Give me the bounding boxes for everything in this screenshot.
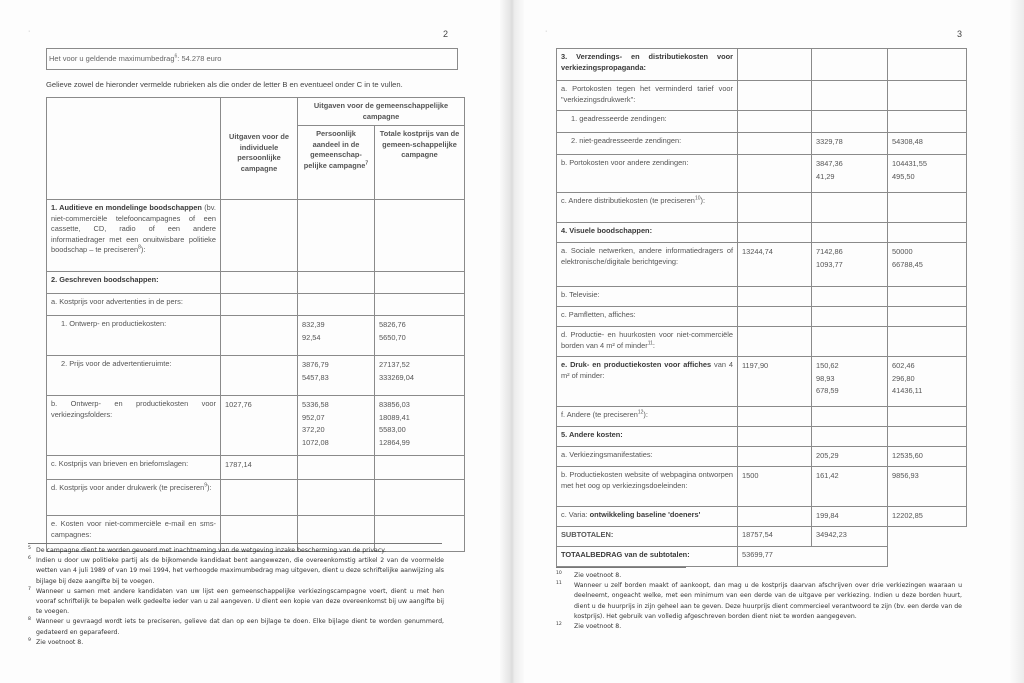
table-row: 5. Andere kosten:: [557, 427, 967, 447]
individual-campaign-cell: [738, 193, 812, 223]
individual-campaign-cell: [738, 327, 812, 357]
personal-share-cell: [812, 111, 888, 133]
individual-campaign-cell: 1027,76: [221, 396, 298, 456]
grand-total-label-text: van de subtotalen:: [622, 550, 689, 559]
total-cost-cell: [888, 111, 967, 133]
row-label-bold: 2. Geschreven boodschappen:: [51, 275, 159, 284]
row-label-bold: 1. Auditieve en mondelinge boodschappen: [51, 203, 202, 212]
amount-value: 602,46: [892, 360, 962, 373]
row-label-text: d. Kostprijs voor ander drukwerk (te pre…: [51, 483, 204, 492]
personal-share-cell: 150,6298,93678,59: [812, 357, 888, 407]
footnote: 5De campagne dient te worden gevoerd met…: [28, 546, 444, 556]
individual-campaign-cell: 1197,90: [738, 357, 812, 407]
table-row: a. Portokosten tegen het verminderd tari…: [557, 81, 967, 111]
row-label-cell: c. Kostprijs van brieven en briefomslage…: [47, 456, 221, 480]
personal-share-cell: [812, 327, 888, 357]
table-row: b. Portokosten voor andere zendingen:384…: [557, 155, 967, 193]
subtotal-share: 34942,23: [812, 527, 888, 547]
amount-value: 678,59: [816, 385, 883, 398]
max-amount-label: Het voor u geldende maximumbedrag: [49, 54, 175, 63]
footnote-text: Zie voetnoot 8.: [36, 639, 83, 646]
row-label-text: e. Kosten voor niet-commerciële e-mail e…: [51, 519, 216, 539]
table-row: a. Verkiezingsmanifestaties:205,2912535,…: [557, 447, 967, 467]
total-cost-cell: [375, 294, 465, 316]
personal-share-cell: [812, 287, 888, 307]
amount-value: 3329,78: [816, 136, 883, 149]
total-cost-cell: [888, 223, 967, 243]
individual-campaign-cell: [221, 200, 298, 272]
header-joint-campaign: Uitgaven voor de gemeenschappelijke camp…: [298, 98, 465, 126]
amount-value: 199,84: [816, 510, 883, 523]
footnote-text: Wanneer u samen met andere kandidaten va…: [36, 588, 444, 615]
total-cost-cell: 83856,0318089,415583,0012864,99: [375, 396, 465, 456]
row-label-cell: 3. Verzendings- en distributiekosten voo…: [557, 49, 738, 81]
header-total-cost: Totale kostprijs van de gemeen-schappeli…: [375, 126, 465, 200]
row-label-text: c. Varia:: [561, 510, 590, 519]
page-edge-shadow: [1010, 0, 1024, 683]
blank-cell: [888, 527, 967, 547]
individual-campaign-cell: [738, 407, 812, 427]
row-label-text: b. Portokosten voor andere zendingen:: [561, 158, 688, 167]
table-row: d. Productie- en huurkosten voor niet-co…: [557, 327, 967, 357]
personal-share-cell: [298, 200, 375, 272]
individual-campaign-cell: [221, 356, 298, 396]
footnote-text: Wanneer u zelf borden maakt of aankoopt,…: [574, 582, 962, 620]
page-number: 3: [957, 29, 962, 39]
grand-total-value: 53699,77: [738, 547, 888, 567]
table-row: 4. Visuele boodschappen:: [557, 223, 967, 243]
row-label-cell: b. Ontwerp- en productiekosten voor verk…: [47, 396, 221, 456]
table-row: d. Kostprijs voor ander drukwerk (te pre…: [47, 480, 465, 516]
total-cost-cell: [888, 193, 967, 223]
individual-campaign-cell: [221, 480, 298, 516]
footnote: 8Wanneer u gevraagd wordt iets te precis…: [28, 617, 444, 637]
amount-value: 83856,03: [379, 399, 460, 412]
amount-value: 104431,55: [892, 158, 962, 171]
individual-campaign-cell: 1787,14: [221, 456, 298, 480]
personal-share-cell: [298, 294, 375, 316]
table-row: c. Andere distributiekosten (te preciser…: [557, 193, 967, 223]
individual-campaign-cell: [738, 133, 812, 155]
individual-campaign-cell: [738, 49, 812, 81]
individual-campaign-cell: [738, 447, 812, 467]
personal-share-cell: 3329,78: [812, 133, 888, 155]
footnote-separator: [556, 567, 686, 568]
footnote-text: Wanneer u gevraagd wordt iets te precise…: [36, 618, 444, 635]
amount-value: 66788,45: [892, 259, 962, 272]
book-gutter: [500, 0, 524, 683]
row-label-bold: 3. Verzendings- en distributiekosten voo…: [561, 52, 733, 72]
footnote: 9Zie voetnoot 8.: [28, 638, 444, 648]
table-row: a. Kostprijs voor advertenties in de per…: [47, 294, 465, 316]
instructions-text: Gelieve zowel de hieronder vermelde rubr…: [46, 80, 403, 89]
total-cost-cell: [888, 49, 967, 81]
footnotes-right: 10Zie voetnoot 8.11Wanneer u zelf borden…: [556, 571, 962, 632]
table-row: 1. Ontwerp- en productiekosten:832,3992,…: [47, 316, 465, 356]
personal-share-cell: 205,29: [812, 447, 888, 467]
amount-value: 9856,93: [892, 470, 962, 483]
row-label-text: a. Portokosten tegen het verminderd tari…: [561, 84, 733, 104]
total-cost-cell: 9856,93: [888, 467, 967, 507]
table-row: e. Druk- en productiekosten voor affiche…: [557, 357, 967, 407]
footnote: 11Wanneer u zelf borden maakt of aankoop…: [556, 581, 962, 622]
amount-value: 5826,76: [379, 319, 460, 332]
footnote-separator: [28, 543, 442, 544]
row-label-cell: c. Pamfletten, affiches:: [557, 307, 738, 327]
amount-value: 12864,99: [379, 437, 460, 450]
amount-value: 54308,48: [892, 136, 962, 149]
header-empty-cell: [47, 98, 221, 200]
row-label-text: b. Televisie:: [561, 290, 599, 299]
amount-value: 296,80: [892, 373, 962, 386]
row-label-cell: 2. Geschreven boodschappen:: [47, 272, 221, 294]
row-label-text: b. Productiekosten website of webpagina …: [561, 470, 733, 490]
row-label-cell: b. Televisie:: [557, 287, 738, 307]
table-row: b. Televisie:: [557, 287, 967, 307]
footnote-text: Indien u door uw politieke partij als de…: [36, 557, 444, 584]
individual-campaign-cell: [738, 111, 812, 133]
personal-share-cell: [298, 272, 375, 294]
row-label-text: f. Andere (te preciseren: [561, 410, 638, 419]
row-label-end: :: [653, 341, 655, 350]
row-label-text: a. Sociale netwerken, andere informatied…: [561, 246, 733, 266]
row-label-cell: d. Kostprijs voor ander drukwerk (te pre…: [47, 480, 221, 516]
personal-share-cell: [812, 307, 888, 327]
row-label-cell: 5. Andere kosten:: [557, 427, 738, 447]
max-amount-box: Het voor u geldende maximumbedrag6: 54.2…: [46, 48, 458, 70]
table-row: f. Andere (te preciseren12):: [557, 407, 967, 427]
row-label-cell: b. Productiekosten website of webpagina …: [557, 467, 738, 507]
row-label-bold: ontwikkeling baseline 'doeners': [590, 510, 701, 519]
individual-campaign-cell: 13244,74: [738, 243, 812, 287]
row-label-cell: 1. Auditieve en mondelinge boodschappen …: [47, 200, 221, 272]
personal-share-cell: [812, 427, 888, 447]
amount-value: 98,93: [816, 373, 883, 386]
row-label-end: ):: [701, 196, 706, 205]
amount-value: 27137,52: [379, 359, 460, 372]
subtotal-individual: 18757,54: [738, 527, 812, 547]
amount-value: 1093,77: [816, 259, 883, 272]
amount-value: 18089,41: [379, 412, 460, 425]
individual-campaign-cell: 1500: [738, 467, 812, 507]
row-label-bold: 5. Andere kosten:: [561, 430, 623, 439]
amount-value: 150,62: [816, 360, 883, 373]
table-row: 2. niet-geadresseerde zendingen:3329,785…: [557, 133, 967, 155]
individual-campaign-cell: [221, 316, 298, 356]
amount-value: 5336,58: [302, 399, 370, 412]
table-row: c. Kostprijs van brieven en briefomslage…: [47, 456, 465, 480]
individual-campaign-cell: [738, 427, 812, 447]
total-cost-cell: 27137,52333269,04: [375, 356, 465, 396]
individual-campaign-cell: [738, 155, 812, 193]
personal-share-cell: [298, 456, 375, 480]
personal-share-cell: 832,3992,54: [298, 316, 375, 356]
amount-value: 12535,60: [892, 450, 962, 463]
table-row: a. Sociale netwerken, andere informatied…: [557, 243, 967, 287]
total-cost-cell: [375, 200, 465, 272]
footnote-ref: 7: [365, 160, 368, 166]
individual-campaign-cell: [738, 223, 812, 243]
grand-total-row: TOTAALBEDRAG van de subtotalen:53699,77: [557, 547, 967, 567]
footnote-text: Zie voetnoot 8.: [574, 572, 621, 579]
amount-value: 1027,76: [225, 399, 293, 412]
grand-total-label: TOTAALBEDRAG van de subtotalen:: [557, 547, 738, 567]
row-label-bold: e. Druk- en productiekosten voor affiche…: [561, 360, 711, 369]
header-individual-campaign: Uitgaven voor de individuele persoonlijk…: [221, 98, 298, 200]
total-cost-cell: 602,46296,8041436,11: [888, 357, 967, 407]
total-cost-cell: 104431,55495,50: [888, 155, 967, 193]
table-row: b. Productiekosten website of webpagina …: [557, 467, 967, 507]
footnote: 6Indien u door uw politieke partij als d…: [28, 556, 444, 587]
footnote-text: Zie voetnoot 8.: [574, 623, 621, 630]
header-personal-share: Persoonlijk aandeel in de gemeenschap-pe…: [298, 126, 375, 200]
page-number: 2: [443, 29, 448, 39]
personal-share-cell: 7142,861093,77: [812, 243, 888, 287]
row-label-text: c. Pamfletten, affiches:: [561, 310, 636, 319]
amount-value: 3847,36: [816, 158, 883, 171]
row-label-cell: 2. Prijs voor de advertentieruimte:: [47, 356, 221, 396]
row-label-text: b. Ontwerp- en productiekosten voor verk…: [51, 399, 216, 419]
amount-value: 5583,00: [379, 424, 460, 437]
row-label-cell: c. Andere distributiekosten (te preciser…: [557, 193, 738, 223]
personal-share-cell: [812, 193, 888, 223]
amount-value: 12202,85: [892, 510, 962, 523]
individual-campaign-cell: [221, 272, 298, 294]
row-label-cell: 1. Ontwerp- en productiekosten:: [47, 316, 221, 356]
row-label-text: 1. Ontwerp- en productiekosten:: [61, 319, 166, 328]
row-label-cell: a. Sociale netwerken, andere informatied…: [557, 243, 738, 287]
amount-value: 372,20: [302, 424, 370, 437]
personal-share-cell: [812, 407, 888, 427]
amount-value: 1197,90: [742, 360, 807, 373]
expense-table-right: 3. Verzendings- en distributiekosten voo…: [556, 48, 967, 567]
total-cost-cell: 5000066788,45: [888, 243, 967, 287]
amount-value: 5457,83: [302, 372, 370, 385]
header-personal-share-text: Persoonlijk aandeel in de gemeenschap-pe…: [304, 129, 366, 170]
row-label-text: 1. geadresseerde zendingen:: [571, 114, 667, 123]
row-label-text: c. Andere distributiekosten (te preciser…: [561, 196, 695, 205]
individual-campaign-cell: [738, 81, 812, 111]
row-label-cell: e. Druk- en productiekosten voor affiche…: [557, 357, 738, 407]
total-cost-cell: 5826,765650,70: [375, 316, 465, 356]
individual-campaign-cell: [738, 307, 812, 327]
amount-value: 5650,70: [379, 332, 460, 345]
personal-share-cell: [812, 223, 888, 243]
amount-value: 495,50: [892, 171, 962, 184]
amount-value: 205,29: [816, 450, 883, 463]
individual-campaign-cell: [738, 287, 812, 307]
total-cost-cell: 12202,85: [888, 507, 967, 527]
row-label-text: c. Kostprijs van brieven en briefomslage…: [51, 459, 188, 468]
row-label-text: a. Verkiezingsmanifestaties:: [561, 450, 653, 459]
grand-total-label-bold: TOTAALBEDRAG: [561, 550, 622, 559]
personal-share-cell: [812, 49, 888, 81]
footnote-text: De campagne dient te worden gevoerd met …: [36, 547, 386, 554]
total-cost-cell: 12535,60: [888, 447, 967, 467]
amount-value: 1072,08: [302, 437, 370, 450]
blank-cell: [888, 547, 967, 567]
personal-share-cell: 199,84: [812, 507, 888, 527]
amount-value: 1500: [742, 470, 807, 483]
footnotes-left: 5De campagne dient te worden gevoerd met…: [28, 546, 444, 648]
expense-table-left: Uitgaven voor de individuele persoonlijk…: [46, 97, 465, 552]
row-label-text: 2. niet-geadresseerde zendingen:: [571, 136, 681, 145]
personal-share-cell: 3847,3641,29: [812, 155, 888, 193]
total-cost-cell: [375, 456, 465, 480]
row-label-cell: a. Portokosten tegen het verminderd tari…: [557, 81, 738, 111]
total-cost-cell: 54308,48: [888, 133, 967, 155]
footnote: 12Zie voetnoot 8.: [556, 622, 962, 632]
subtotals-label: SUBTOTALEN:: [557, 527, 738, 547]
personal-share-cell: 5336,58952,07372,201072,08: [298, 396, 375, 456]
individual-campaign-cell: [221, 294, 298, 316]
table-row: b. Ontwerp- en productiekosten voor verk…: [47, 396, 465, 456]
total-cost-cell: [888, 287, 967, 307]
row-label-end: ):: [141, 245, 146, 254]
amount-value: 333269,04: [379, 372, 460, 385]
row-label-cell: a. Kostprijs voor advertenties in de per…: [47, 294, 221, 316]
row-label-end: ):: [643, 410, 648, 419]
amount-value: 7142,86: [816, 246, 883, 259]
row-label-cell: c. Varia: ontwikkeling baseline 'doeners…: [557, 507, 738, 527]
amount-value: 92,54: [302, 332, 370, 345]
row-label-end: ):: [207, 483, 212, 492]
amount-value: 3876,79: [302, 359, 370, 372]
total-cost-cell: [375, 272, 465, 294]
max-amount-value: : 54.278 euro: [177, 54, 221, 63]
individual-campaign-cell: [738, 507, 812, 527]
table-row: 2. Prijs voor de advertentieruimte:3876,…: [47, 356, 465, 396]
row-label-cell: d. Productie- en huurkosten voor niet-co…: [557, 327, 738, 357]
row-label-cell: f. Andere (te preciseren12):: [557, 407, 738, 427]
row-label-cell: 2. niet-geadresseerde zendingen:: [557, 133, 738, 155]
subtotals-row: SUBTOTALEN:18757,5434942,23: [557, 527, 967, 547]
amount-value: 161,42: [816, 470, 883, 483]
amount-value: 1787,14: [225, 459, 293, 472]
personal-share-cell: 3876,795457,83: [298, 356, 375, 396]
amount-value: 41436,11: [892, 385, 962, 398]
total-cost-cell: [888, 307, 967, 327]
total-cost-cell: [888, 427, 967, 447]
row-label-text: 2. Prijs voor de advertentieruimte:: [61, 359, 172, 368]
row-label-cell: 4. Visuele boodschappen:: [557, 223, 738, 243]
total-cost-cell: [888, 327, 967, 357]
total-cost-cell: [888, 407, 967, 427]
footnote: 10Zie voetnoot 8.: [556, 571, 962, 581]
scan-speck: ·: [545, 28, 547, 35]
table-row: c. Varia: ontwikkeling baseline 'doeners…: [557, 507, 967, 527]
row-label-cell: 1. geadresseerde zendingen:: [557, 111, 738, 133]
footnote: 7Wanneer u samen met andere kandidaten v…: [28, 587, 444, 618]
amount-value: 13244,74: [742, 246, 807, 259]
personal-share-cell: 161,42: [812, 467, 888, 507]
total-cost-cell: [888, 81, 967, 111]
total-cost-cell: [375, 480, 465, 516]
row-label-bold: 4. Visuele boodschappen:: [561, 226, 652, 235]
row-label-cell: a. Verkiezingsmanifestaties:: [557, 447, 738, 467]
row-label-cell: b. Portokosten voor andere zendingen:: [557, 155, 738, 193]
amount-value: 41,29: [816, 171, 883, 184]
table-row: 1. Auditieve en mondelinge boodschappen …: [47, 200, 465, 272]
table-row: 3. Verzendings- en distributiekosten voo…: [557, 49, 967, 81]
amount-value: 50000: [892, 246, 962, 259]
row-label-text: a. Kostprijs voor advertenties in de per…: [51, 297, 183, 306]
amount-value: 952,07: [302, 412, 370, 425]
personal-share-cell: [812, 81, 888, 111]
table-row: 1. geadresseerde zendingen:: [557, 111, 967, 133]
personal-share-cell: [298, 480, 375, 516]
scan-speck: ·: [28, 28, 30, 35]
table-row: c. Pamfletten, affiches:: [557, 307, 967, 327]
table-row: 2. Geschreven boodschappen:: [47, 272, 465, 294]
amount-value: 832,39: [302, 319, 370, 332]
